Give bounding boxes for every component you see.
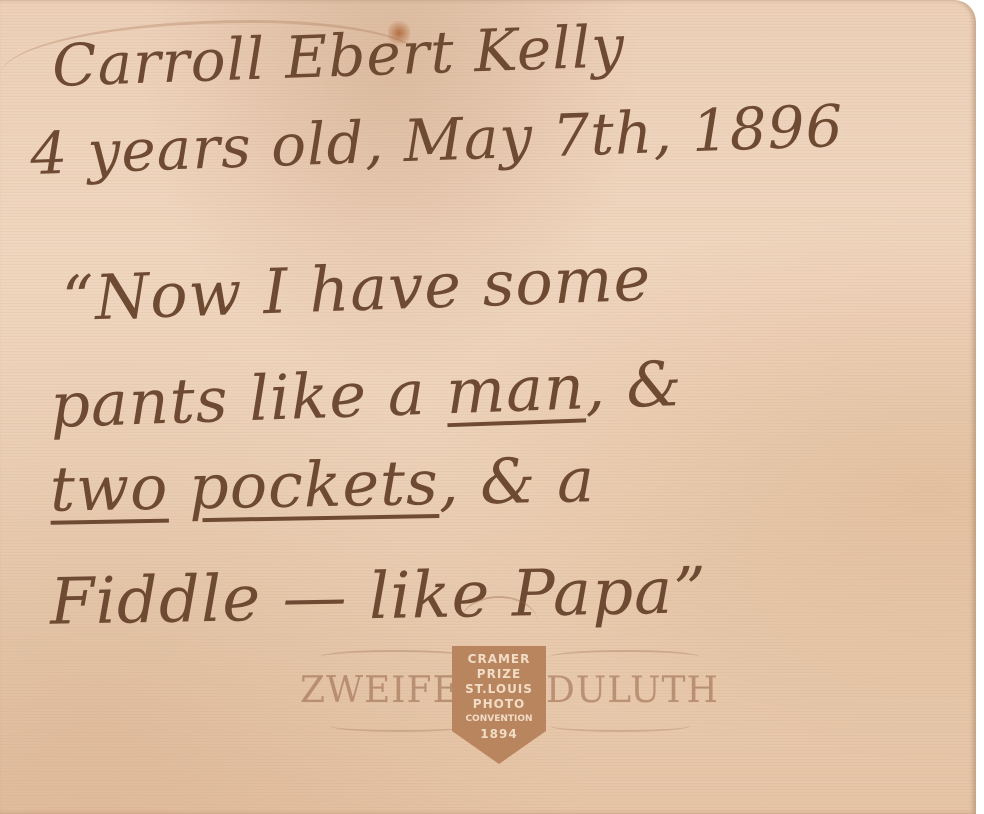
quote-line-3-suffix: , & a xyxy=(438,443,596,519)
shield-line: PHOTO xyxy=(473,697,525,712)
shield-line: ST.LOUIS xyxy=(465,682,533,697)
flourish-ornament xyxy=(320,650,470,664)
shield-line: CRAMER xyxy=(468,652,531,667)
studio-city: DULUTH xyxy=(546,670,719,711)
quote-line-3: two pockets, & a xyxy=(49,443,595,526)
quote-line-2: pants like a man, & xyxy=(49,347,684,442)
quote-word-two: two xyxy=(49,451,169,526)
crown-icon xyxy=(460,596,538,651)
flourish-ornament xyxy=(330,720,470,732)
photo-card-back: Carroll Ebert Kelly 4 years old, May 7th… xyxy=(0,0,976,814)
shield-line: CONVENTION xyxy=(465,712,532,727)
shield-line: PRIZE xyxy=(477,667,521,682)
quote-line-2-prefix: pants like a xyxy=(49,355,448,442)
flourish-ornament xyxy=(550,720,690,732)
quote-word-man: man xyxy=(445,350,586,428)
quote-line-1: “Now I have some xyxy=(61,242,652,336)
quote-word-pockets: pockets xyxy=(188,446,439,523)
quote-line-2-suffix: , & xyxy=(584,347,684,423)
quote-space xyxy=(168,450,190,523)
shield-line: 1894 xyxy=(480,727,517,742)
prize-shield-icon: CRAMER PRIZE ST.LOUIS PHOTO CONVENTION 1… xyxy=(452,646,546,764)
flourish-ornament xyxy=(550,650,700,664)
photographer-imprint: ZWEIFEL CRAMER PRIZE ST.LOUIS PHOTO CONV… xyxy=(290,590,710,780)
